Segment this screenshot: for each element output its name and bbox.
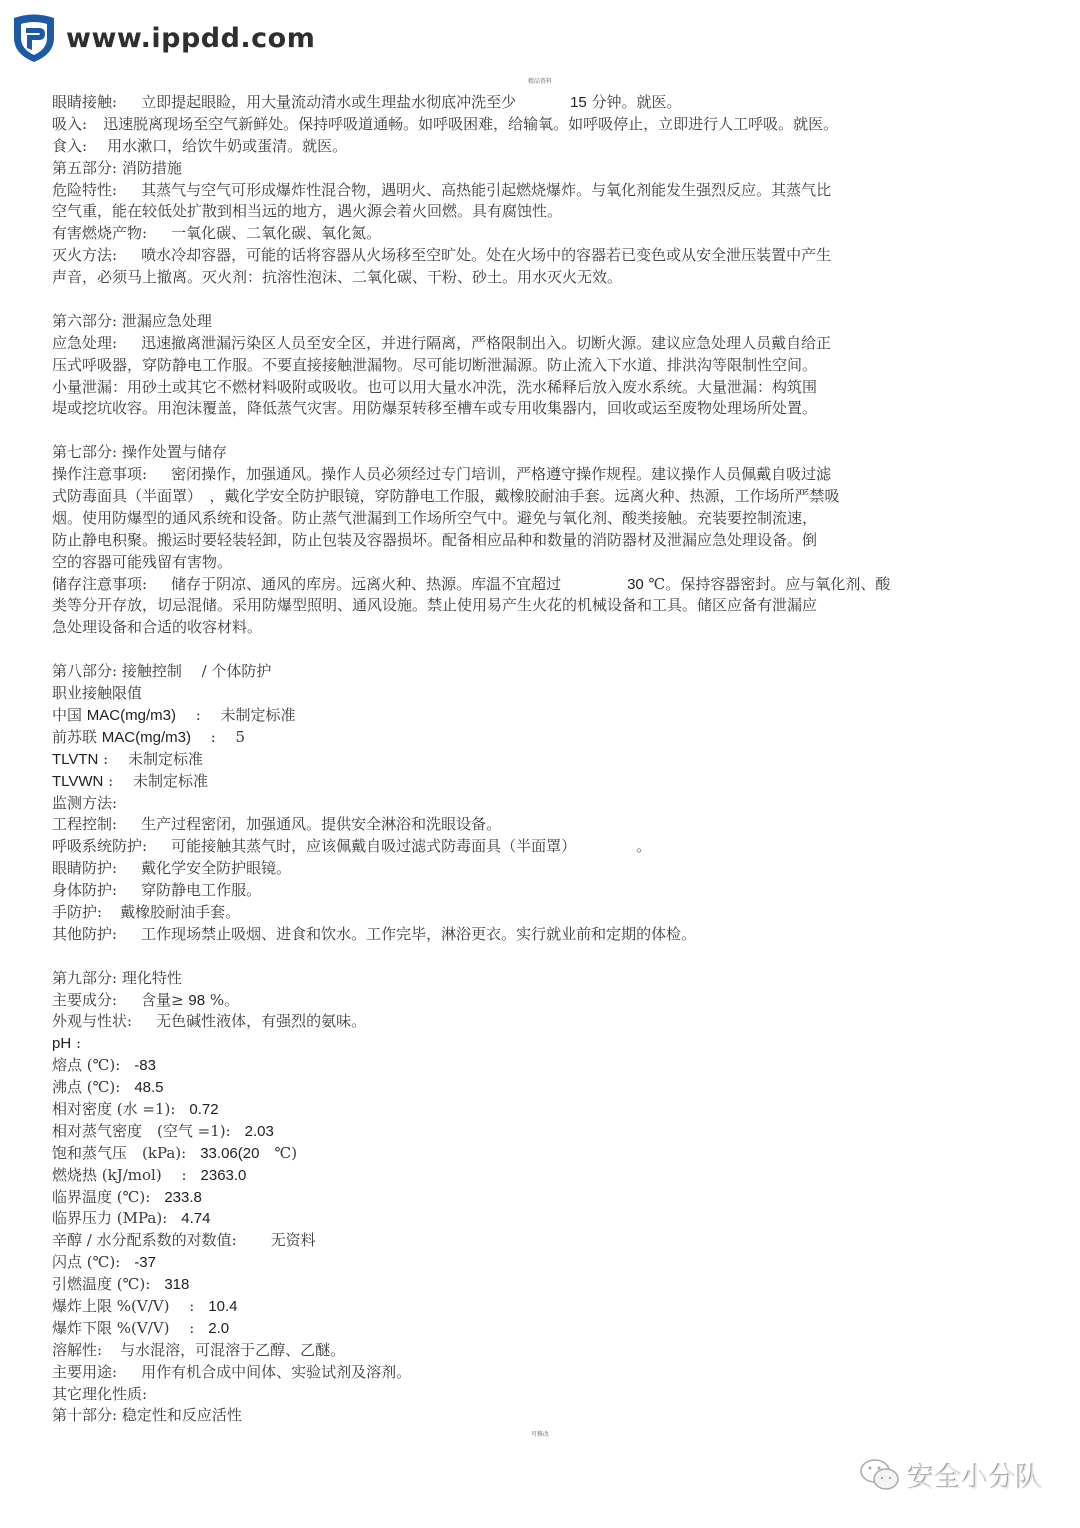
- field-label: 其他防护:: [52, 925, 117, 943]
- field-value: 声音，必须马上撤离。灭火剂：抗溶性泡沫、二氧化碳、干粉、砂土。用水灭火无效。: [52, 268, 622, 286]
- document-line: 监测方法:: [52, 793, 1012, 815]
- field-suffix: : 5: [191, 728, 245, 746]
- document-line: 熔点 (℃):-83: [52, 1055, 1012, 1077]
- field-value: 穿防静电工作服。: [141, 881, 261, 899]
- field-label: 有害燃烧产物:: [52, 224, 147, 242]
- field-value: 小量泄漏：用砂土或其它不燃材料吸附或吸收。也可以用大量水冲洗，洗水稀释后放入废水…: [52, 378, 817, 396]
- field-label: 身体防护:: [52, 881, 117, 899]
- document-line: 其他防护:工作现场禁止吸烟、进食和饮水。工作完毕，淋浴更衣。实行就业前和定期的体…: [52, 924, 1012, 946]
- field-value: 可能接触其蒸气时，应该佩戴自吸过滤式防毒面具（半面罩）: [171, 837, 576, 855]
- field-value: 储存于阴凉、通风的库房。远离火种、热源。库温不宜超过: [171, 575, 561, 593]
- field-number: 0.72: [189, 1101, 218, 1118]
- field-value: 迅速撤离泄漏污染区人员至安全区，并进行隔离，严格限制出入。切断火源。建议应急处理…: [141, 334, 831, 352]
- field-label: 辛醇 / 水分配系数的对数值:: [52, 1231, 237, 1249]
- field-label: 第六部分: 泄漏应急处理: [52, 312, 212, 330]
- document-line: 主要用途:用作有机合成中间体、实验试剂及溶剂。: [52, 1362, 1012, 1384]
- document-line: 危险特性:其蒸气与空气可形成爆炸性混合物，遇明火、高热能引起燃烧爆炸。与氧化剂能…: [52, 180, 1012, 202]
- field-value: 用作有机合成中间体、实验试剂及溶剂。: [141, 1363, 411, 1381]
- field-label: 熔点 (℃):: [52, 1056, 120, 1074]
- field-label: 眼睛防护:: [52, 859, 117, 877]
- document-line: 职业接触限值: [52, 683, 1012, 705]
- field-value: 无资料: [271, 1231, 316, 1249]
- blank-line: [52, 946, 1012, 968]
- field-suffix: : 未制定标准: [98, 750, 203, 768]
- field-value: 类等分开存放，切忌混储。采用防爆型照明、通风设施。禁止使用易产生火花的机械设备和…: [52, 596, 817, 614]
- field-number: 2363.0: [201, 1167, 247, 1184]
- field-number: MAC(mg/m3): [87, 707, 176, 724]
- field-number: 98: [188, 992, 205, 1009]
- field-number: -37: [134, 1254, 156, 1271]
- field-label: 燃烧热 (kJ/mol) :: [52, 1166, 187, 1184]
- field-label: 呼吸系统防护:: [52, 837, 147, 855]
- field-label: 引燃温度 (℃):: [52, 1275, 150, 1293]
- document-line: 临界温度 (℃):233.8: [52, 1187, 1012, 1209]
- document-line: 呼吸系统防护:可能接触其蒸气时，应该佩戴自吸过滤式防毒面具（半面罩）。: [52, 836, 1012, 858]
- field-label: 临界温度 (℃):: [52, 1188, 150, 1206]
- field-suffix: %。: [205, 991, 239, 1009]
- field-number: 10.4: [208, 1298, 237, 1315]
- document-line: 燃烧热 (kJ/mol) :2363.0: [52, 1165, 1012, 1187]
- document-line: 第八部分: 接触控制 / 个体防护: [52, 661, 1012, 683]
- field-value: 压式呼吸器，穿防静电工作服。不要直接接触泄漏物。尽可能切断泄漏源。防止流入下水道…: [52, 356, 817, 374]
- document-line: 相对密度 (水 =1):0.72: [52, 1099, 1012, 1121]
- document-line: 小量泄漏：用砂土或其它不燃材料吸附或吸收。也可以用大量水冲洗，洗水稀释后放入废水…: [52, 377, 1012, 399]
- field-value: 迅速脱离现场至空气新鲜处。保持呼吸道通畅。如呼吸困难，给输氧。如呼吸停止，立即进…: [103, 115, 838, 133]
- document-line: 沸点 (℃):48.5: [52, 1077, 1012, 1099]
- field-number: -83: [134, 1057, 156, 1074]
- field-value: 戴橡胶耐油手套。: [120, 903, 240, 921]
- document-line: 空的容器可能残留有害物。: [52, 552, 1012, 574]
- wechat-icon: [858, 1455, 902, 1495]
- document-line: 压式呼吸器，穿防静电工作服。不要直接接触泄漏物。尽可能切断泄漏源。防止流入下水道…: [52, 355, 1012, 377]
- document-line: 主要成分:含量≥ 98 %。: [52, 990, 1012, 1012]
- field-label: 主要用途:: [52, 1363, 117, 1381]
- field-value: 用水漱口，给饮牛奶或蛋清。就医。: [107, 137, 347, 155]
- field-number: 15: [570, 94, 587, 111]
- field-label: 工程控制:: [52, 815, 117, 833]
- document-line: 吸入:迅速脱离现场至空气新鲜处。保持呼吸道通畅。如呼吸困难，给输氧。如呼吸停止，…: [52, 114, 1012, 136]
- field-label: 职业接触限值: [52, 684, 142, 702]
- field-label: 饱和蒸气压 (kPa):: [52, 1144, 186, 1162]
- field-label: 爆炸下限 %(V/V) :: [52, 1319, 194, 1337]
- field-value: 堤或挖坑收容。用泡沫覆盖，降低蒸气灾害。用防爆泵转移至槽车或专用收集器内，回收或…: [52, 399, 817, 417]
- field-value: 式防毒面具（半面罩） ，戴化学安全防护眼镜，穿防静电工作服，戴橡胶耐油手套。远离…: [52, 487, 840, 505]
- field-number: 33.06(20: [200, 1145, 259, 1162]
- field-value: 立即提起眼睑，用大量流动清水或生理盐水彻底冲洗至少: [141, 93, 516, 111]
- document-line: 外观与性状:无色碱性液体，有强烈的氨味。: [52, 1011, 1012, 1033]
- field-number: 318: [164, 1276, 189, 1293]
- document-line: 第七部分: 操作处置与储存: [52, 442, 1012, 464]
- field-suffix: : 未制定标准: [103, 772, 208, 790]
- field-value: 戴化学安全防护眼镜。: [141, 859, 291, 877]
- document-line: 食入:用水漱口，给饮牛奶或蛋清。就医。: [52, 136, 1012, 158]
- field-label: 储存注意事项:: [52, 575, 147, 593]
- field-label: 危险特性:: [52, 181, 117, 199]
- field-label: 第十部分: 稳定性和反应活性: [52, 1406, 242, 1424]
- blank-line: [52, 420, 1012, 442]
- field-number: 2.03: [245, 1123, 274, 1140]
- field-value: 空的容器可能残留有害物。: [52, 553, 232, 571]
- document-line: 其它理化性质:: [52, 1384, 1012, 1406]
- document-line: 急处理设备和合适的收容材料。: [52, 617, 1012, 639]
- document-line: 辛醇 / 水分配系数的对数值:无资料: [52, 1230, 1012, 1252]
- wechat-watermark: 安全小分队: [858, 1455, 1043, 1495]
- field-number: 30: [627, 576, 644, 593]
- field-suffix: : 未制定标准: [176, 706, 296, 724]
- document-line: 操作注意事项:密闭操作，加强通风。操作人员必须经过专门培训，严格遵守操作规程。建…: [52, 464, 1012, 486]
- field-label: 灭火方法:: [52, 246, 117, 264]
- page-footer-label: 可修改: [0, 1429, 1080, 1438]
- field-label: 主要成分:: [52, 991, 117, 1009]
- field-label: 手防护:: [52, 903, 102, 921]
- field-number: 2.0: [208, 1320, 229, 1337]
- document-line: 烟。使用防爆型的通风系统和设备。防止蒸气泄漏到工作场所空气中。避免与氧化剂、酸类…: [52, 508, 1012, 530]
- document-line: 相对蒸气密度 (空气 =1):2.03: [52, 1121, 1012, 1143]
- document-body: 眼睛接触:立即提起眼睑，用大量流动清水或生理盐水彻底冲洗至少15 分钟。就医。吸…: [52, 92, 1012, 1427]
- field-label: 第八部分: 接触控制 / 个体防护: [52, 662, 271, 680]
- document-line: TLVWN : 未制定标准: [52, 771, 1012, 793]
- field-suffix: ℃): [259, 1144, 297, 1162]
- field-label: 第九部分: 理化特性: [52, 969, 182, 987]
- document-line: 第九部分: 理化特性: [52, 968, 1012, 990]
- document-line: 灭火方法:喷水冷却容器，可能的话将容器从火场移至空旷处。处在火场中的容器若已变色…: [52, 245, 1012, 267]
- blank-line: [52, 289, 1012, 311]
- document-line: 引燃温度 (℃):318: [52, 1274, 1012, 1296]
- document-line: 第五部分: 消防措施: [52, 158, 1012, 180]
- field-label: 溶解性:: [52, 1341, 102, 1359]
- field-label: 第七部分: 操作处置与储存: [52, 443, 227, 461]
- document-line: TLVTN : 未制定标准: [52, 749, 1012, 771]
- field-label: 闪点 (℃):: [52, 1253, 120, 1271]
- field-suffix: 分钟。就医。: [587, 93, 682, 111]
- field-number: TLVTN: [52, 751, 98, 768]
- field-label: 相对密度 (水 =1):: [52, 1100, 175, 1118]
- field-number: 4.74: [181, 1210, 210, 1227]
- document-line: 第十部分: 稳定性和反应活性: [52, 1405, 1012, 1427]
- document-line: 类等分开存放，切忌混储。采用防爆型照明、通风设施。禁止使用易产生火花的机械设备和…: [52, 595, 1012, 617]
- field-value: 喷水冷却容器，可能的话将容器从火场移至空旷处。处在火场中的容器若已变色或从安全泄…: [141, 246, 831, 264]
- document-line: 爆炸下限 %(V/V) :2.0: [52, 1318, 1012, 1340]
- field-label: 眼睛接触:: [52, 93, 117, 111]
- field-number: 48.5: [134, 1079, 163, 1096]
- document-line: 闪点 (℃):-37: [52, 1252, 1012, 1274]
- document-line: pH :: [52, 1033, 1012, 1055]
- field-label: 监测方法:: [52, 794, 117, 812]
- field-label: 临界压力 (MPa):: [52, 1209, 167, 1227]
- document-line: 应急处理:迅速撤离泄漏污染区人员至安全区，并进行隔离，严格限制出入。切断火源。建…: [52, 333, 1012, 355]
- blank-line: [52, 639, 1012, 661]
- field-value: 含量≥: [141, 991, 188, 1009]
- document-line: 爆炸上限 %(V/V) :10.4: [52, 1296, 1012, 1318]
- document-line: 眼睛接触:立即提起眼睑，用大量流动清水或生理盐水彻底冲洗至少15 分钟。就医。: [52, 92, 1012, 114]
- field-label: 应急处理:: [52, 334, 117, 352]
- field-label: 第五部分: 消防措施: [52, 159, 182, 177]
- page-header-label: 精品资料: [0, 76, 1080, 85]
- document-line: 手防护:戴橡胶耐油手套。: [52, 902, 1012, 924]
- shield-logo-icon: [10, 12, 58, 64]
- document-line: 前苏联 MAC(mg/m3) : 5: [52, 727, 1012, 749]
- document-line: 堤或挖坑收容。用泡沫覆盖，降低蒸气灾害。用防爆泵转移至槽车或专用收集器内，回收或…: [52, 398, 1012, 420]
- field-number: MAC(mg/m3): [102, 729, 191, 746]
- field-suffix: :: [71, 1034, 81, 1052]
- field-number: TLVWN: [52, 773, 103, 790]
- document-line: 溶解性:与水混溶，可混溶于乙醇、乙醚。: [52, 1340, 1012, 1362]
- field-label: 操作注意事项:: [52, 465, 147, 483]
- document-line: 饱和蒸气压 (kPa):33.06(20 ℃): [52, 1143, 1012, 1165]
- field-label: 食入:: [52, 137, 87, 155]
- document-line: 临界压力 (MPa):4.74: [52, 1208, 1012, 1230]
- field-label: 其它理化性质:: [52, 1385, 147, 1403]
- document-line: 声音，必须马上撤离。灭火剂：抗溶性泡沫、二氧化碳、干粉、砂土。用水灭火无效。: [52, 267, 1012, 289]
- document-line: 身体防护:穿防静电工作服。: [52, 880, 1012, 902]
- document-line: 眼睛防护:戴化学安全防护眼镜。: [52, 858, 1012, 880]
- document-line: 中国 MAC(mg/m3) : 未制定标准: [52, 705, 1012, 727]
- field-label: 中国: [52, 706, 87, 724]
- field-value: 一氧化碳、二氧化碳、氧化氮。: [171, 224, 381, 242]
- field-number: 233.8: [164, 1189, 202, 1206]
- document-line: 式防毒面具（半面罩） ，戴化学安全防护眼镜，穿防静电工作服，戴橡胶耐油手套。远离…: [52, 486, 1012, 508]
- field-value: 防止静电积聚。搬运时要轻装轻卸，防止包装及容器损坏。配备相应品种和数量的消防器材…: [52, 531, 817, 549]
- field-label: 爆炸上限 %(V/V) :: [52, 1297, 194, 1315]
- document-line: 工程控制:生产过程密闭，加强通风。提供安全淋浴和洗眼设备。: [52, 814, 1012, 836]
- document-line: 防止静电积聚。搬运时要轻装轻卸，防止包装及容器损坏。配备相应品种和数量的消防器材…: [52, 530, 1012, 552]
- field-number: pH: [52, 1035, 71, 1052]
- field-value: 工作现场禁止吸烟、进食和饮水。工作完毕，淋浴更衣。实行就业前和定期的体检。: [141, 925, 696, 943]
- field-value: 密闭操作，加强通风。操作人员必须经过专门培训，严格遵守操作规程。建议操作人员佩戴…: [171, 465, 831, 483]
- document-line: 第六部分: 泄漏应急处理: [52, 311, 1012, 333]
- field-value: 急处理设备和合适的收容材料。: [52, 618, 262, 636]
- field-label: 相对蒸气密度 (空气 =1):: [52, 1122, 231, 1140]
- field-suffix: 。: [636, 837, 651, 855]
- site-url[interactable]: www.ippdd.com: [66, 23, 315, 54]
- field-value: 空气重，能在较低处扩散到相当远的地方，遇火源会着火回燃。具有腐蚀性。: [52, 202, 562, 220]
- field-value: 与水混溶，可混溶于乙醇、乙醚。: [120, 1341, 345, 1359]
- document-line: 有害燃烧产物:一氧化碳、二氧化碳、氧化氮。: [52, 223, 1012, 245]
- field-suffix: ℃。保持容器密封。应与氧化剂、酸: [644, 575, 891, 593]
- document-line: 空气重，能在较低处扩散到相当远的地方，遇火源会着火回燃。具有腐蚀性。: [52, 201, 1012, 223]
- field-label: 前苏联: [52, 728, 102, 746]
- field-label: 外观与性状:: [52, 1012, 132, 1030]
- document-line: 储存注意事项:储存于阴凉、通风的库房。远离火种、热源。库温不宜超过30 ℃。保持…: [52, 574, 1012, 596]
- watermark-text: 安全小分队: [908, 1456, 1043, 1495]
- field-value: 烟。使用防爆型的通风系统和设备。防止蒸气泄漏到工作场所空气中。避免与氧化剂、酸类…: [52, 509, 817, 527]
- field-label: 吸入:: [52, 115, 87, 133]
- field-value: 其蒸气与空气可形成爆炸性混合物，遇明火、高热能引起燃烧爆炸。与氧化剂能发生强烈反…: [141, 181, 831, 199]
- field-value: 生产过程密闭，加强通风。提供安全淋浴和洗眼设备。: [141, 815, 501, 833]
- site-logo[interactable]: www.ippdd.com: [10, 12, 315, 64]
- field-label: 沸点 (℃):: [52, 1078, 120, 1096]
- field-value: 无色碱性液体，有强烈的氨味。: [156, 1012, 366, 1030]
